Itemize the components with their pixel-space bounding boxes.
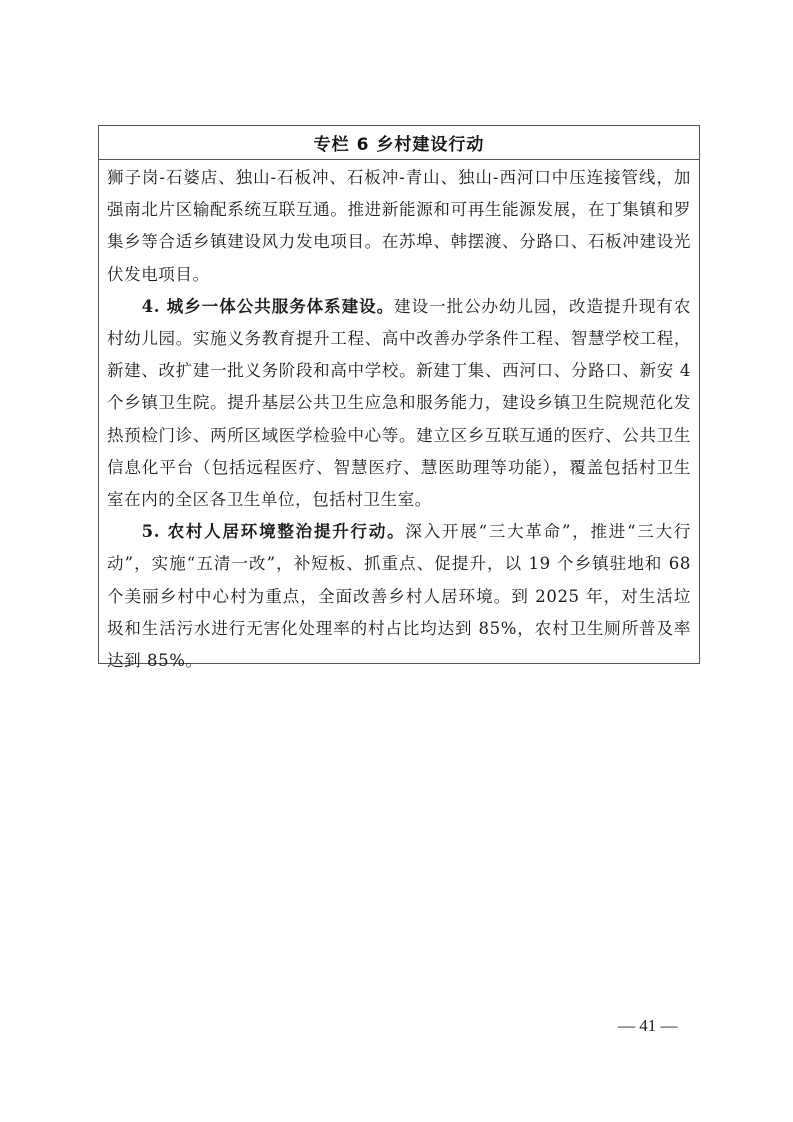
paragraph-text: 深入开展“三大革命”，推进“三大行动”，实施“五清一改”，补短板、抓重点、促提升… xyxy=(107,522,691,670)
paragraph-energy: 狮子岗-石婆店、独山-石板冲、石板冲-青山、独山-西河口中压连接管线，加强南北片… xyxy=(107,162,691,291)
column-title: 专栏 6 乡村建设行动 xyxy=(99,126,699,160)
paragraph-heading: 5. 农村人居环境整治提升行动。 xyxy=(142,522,406,541)
paragraph-heading: 4. 城乡一体公共服务体系建设。 xyxy=(142,297,394,316)
page-number: — 41 — xyxy=(618,1016,678,1036)
column-box: 专栏 6 乡村建设行动 狮子岗-石婆店、独山-石板冲、石板冲-青山、独山-西河口… xyxy=(98,125,700,664)
column-body: 狮子岗-石婆店、独山-石板冲、石板冲-青山、独山-西河口中压连接管线，加强南北片… xyxy=(99,160,699,677)
paragraph-public-services: 4. 城乡一体公共服务体系建设。建设一批公办幼儿园，改造提升现有农村幼儿园。实施… xyxy=(107,291,691,516)
paragraph-text: 建设一批公办幼儿园，改造提升现有农村幼儿园。实施义务教育提升工程、高中改善办学条… xyxy=(107,297,691,509)
paragraph-living-environment: 5. 农村人居环境整治提升行动。深入开展“三大革命”，推进“三大行动”，实施“五… xyxy=(107,516,691,677)
paragraph-text: 狮子岗-石婆店、独山-石板冲、石板冲-青山、独山-西河口中压连接管线，加强南北片… xyxy=(107,168,691,284)
